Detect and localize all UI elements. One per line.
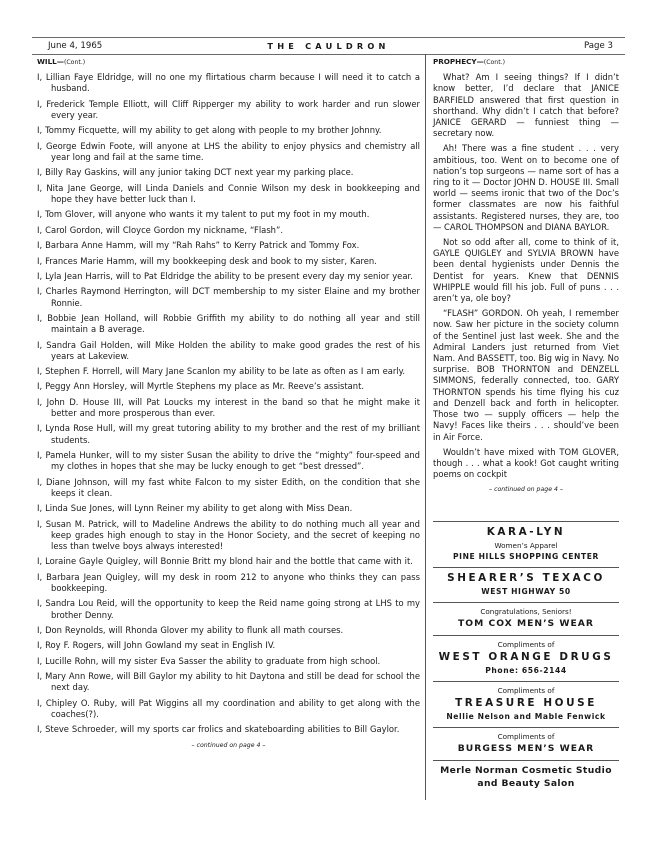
will-heading: WILL—(Cont.) [37, 56, 420, 68]
will-entry: I, Bobbie Jean Holland, will Robbie Grif… [37, 313, 420, 335]
will-entry: I, Charles Raymond Herrington, will DCT … [37, 286, 420, 308]
newspaper-title: THE CAULDRON [32, 38, 625, 54]
will-entry: I, Carol Gordon, will Cloyce Gordon my n… [37, 225, 420, 236]
ad-tom-cox: Congratulations, Seniors! TOM COX MEN’S … [433, 602, 619, 635]
prophecy-paragraph: Not so odd after all, come to think of i… [433, 237, 619, 304]
will-entry: I, Tom Glover, will anyone who wants it … [37, 209, 420, 220]
ad-west-orange-drugs: Compliments of WEST ORANGE DRUGS Phone: … [433, 635, 619, 681]
prophecy-paragraph: “FLASH” GORDON. Oh yeah, I remember now.… [433, 308, 619, 442]
prophecy-continued-note: – continued on page 4 – [433, 484, 619, 495]
prophecy-paragraph: Ah! There was a fine student . . . very … [433, 143, 619, 233]
prophecy-paragraphs: What? Am I seeing things? If I didn’t kn… [433, 72, 619, 480]
will-entry: I, Lynda Rose Hull, will my great tutori… [37, 423, 420, 445]
will-entry: I, Mary Ann Rowe, will Bill Gaylor my ab… [37, 671, 420, 693]
ad-merle-norman: Merle Norman Cosmetic Studio and Beauty … [433, 760, 619, 794]
will-entry: I, Don Reynolds, will Rhonda Glover my a… [37, 625, 420, 636]
prophecy-paragraph: What? Am I seeing things? If I didn’t kn… [433, 72, 619, 139]
will-continued-note: – continued on page 4 – [37, 740, 420, 751]
advertisements: KARA-LYN Women’s Apparel PINE HILLS SHOP… [433, 521, 619, 794]
will-entry: I, John D. House III, will Pat Loucks my… [37, 397, 420, 419]
prophecy-paragraph: Wouldn’t have mixed with TOM GLOVER, tho… [433, 447, 619, 481]
will-entry: I, Barbara Anne Hamm, will my “Rah Rahs”… [37, 240, 420, 251]
page-number: Page 3 [584, 38, 613, 54]
will-entry: I, Stephen F. Horrell, will Mary Jane Sc… [37, 366, 420, 377]
will-entry: I, Nita Jane George, will Linda Daniels … [37, 183, 420, 205]
prophecy-heading: PROPHECY—(Cont.) [433, 56, 619, 68]
will-entry: I, Billy Ray Gaskins, will any junior ta… [37, 167, 420, 178]
will-entry: I, Lillian Faye Eldridge, will no one my… [37, 72, 420, 94]
will-entry: I, Peggy Ann Horsley, will Myrtle Stephe… [37, 381, 420, 392]
ad-shearers-texaco: SHEARER’S TEXACO WEST HIGHWAY 50 [433, 567, 619, 602]
masthead: June 4, 1965 THE CAULDRON Page 3 [32, 37, 625, 55]
will-entry: I, Steve Schroeder, will my sports car f… [37, 724, 420, 735]
will-entry: I, Sandra Lou Reid, will the opportunity… [37, 598, 420, 620]
will-entry: I, Tommy Ficquette, will my ability to g… [37, 125, 420, 136]
prophecy-column: PROPHECY—(Cont.) What? Am I seeing thing… [433, 56, 619, 500]
will-entry: I, Lyla Jean Harris, will to Pat Eldridg… [37, 271, 420, 282]
ad-burgess: Compliments of BURGESS MEN’S WEAR [433, 727, 619, 760]
will-entry: I, Frances Marie Hamm, will my bookkeepi… [37, 256, 420, 267]
will-entry: I, Pamela Hunker, will to my sister Susa… [37, 450, 420, 472]
ad-kara-lyn: KARA-LYN Women’s Apparel PINE HILLS SHOP… [433, 521, 619, 567]
will-entry: I, Loraine Gayle Quigley, will Bonnie Br… [37, 556, 420, 567]
will-entry: I, Chipley O. Ruby, will Pat Wiggins all… [37, 698, 420, 720]
will-entry: I, Barbara Jean Quigley, will my desk in… [37, 572, 420, 594]
will-entry: I, Susan M. Patrick, will to Madeline An… [37, 519, 420, 553]
will-entry: I, Lucille Rohn, will my sister Eva Sass… [37, 656, 420, 667]
will-column: WILL—(Cont.) I, Lillian Faye Eldridge, w… [37, 56, 420, 751]
will-entry: I, Frederick Temple Elliott, will Cliff … [37, 99, 420, 121]
ad-treasure-house: Compliments of TREASURE HOUSE Nellie Nel… [433, 681, 619, 727]
will-entry: I, Roy F. Rogers, will John Gowland my s… [37, 640, 420, 651]
will-entry: I, Linda Sue Jones, will Lynn Reiner my … [37, 503, 420, 514]
will-entry: I, George Edwin Foote, will anyone at LH… [37, 141, 420, 163]
column-divider [425, 54, 426, 800]
will-entry: I, Diane Johnson, will my fast white Fal… [37, 477, 420, 499]
will-list: I, Lillian Faye Eldridge, will no one my… [37, 72, 420, 735]
will-entry: I, Sandra Gail Holden, will Mike Holden … [37, 340, 420, 362]
